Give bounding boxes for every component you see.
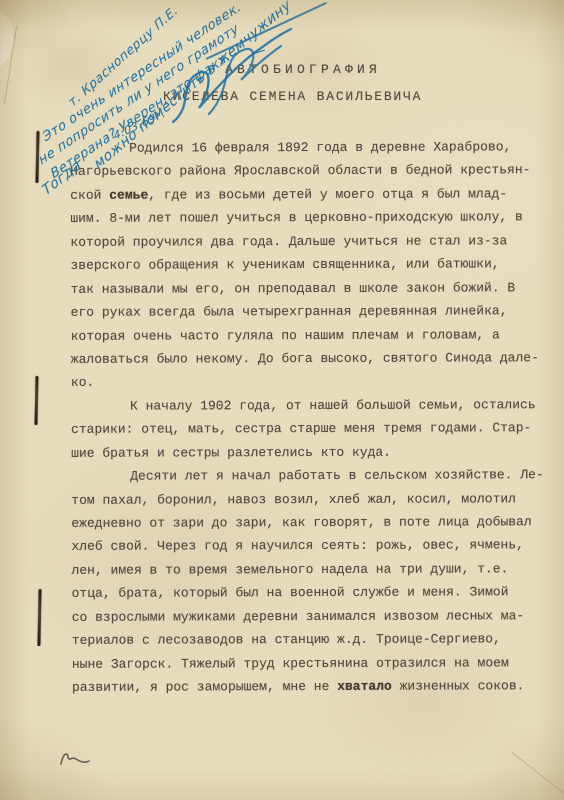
staple-mark: [37, 589, 42, 646]
staple-mark: [35, 131, 39, 183]
staple-marks: [0, 0, 564, 800]
staple-mark: [34, 376, 38, 425]
document-page: АВТОБИОГРАФИЯ КИСЕЛЕВА СЕМЕНА ВАСИЛЬЕВИЧ…: [0, 0, 564, 800]
